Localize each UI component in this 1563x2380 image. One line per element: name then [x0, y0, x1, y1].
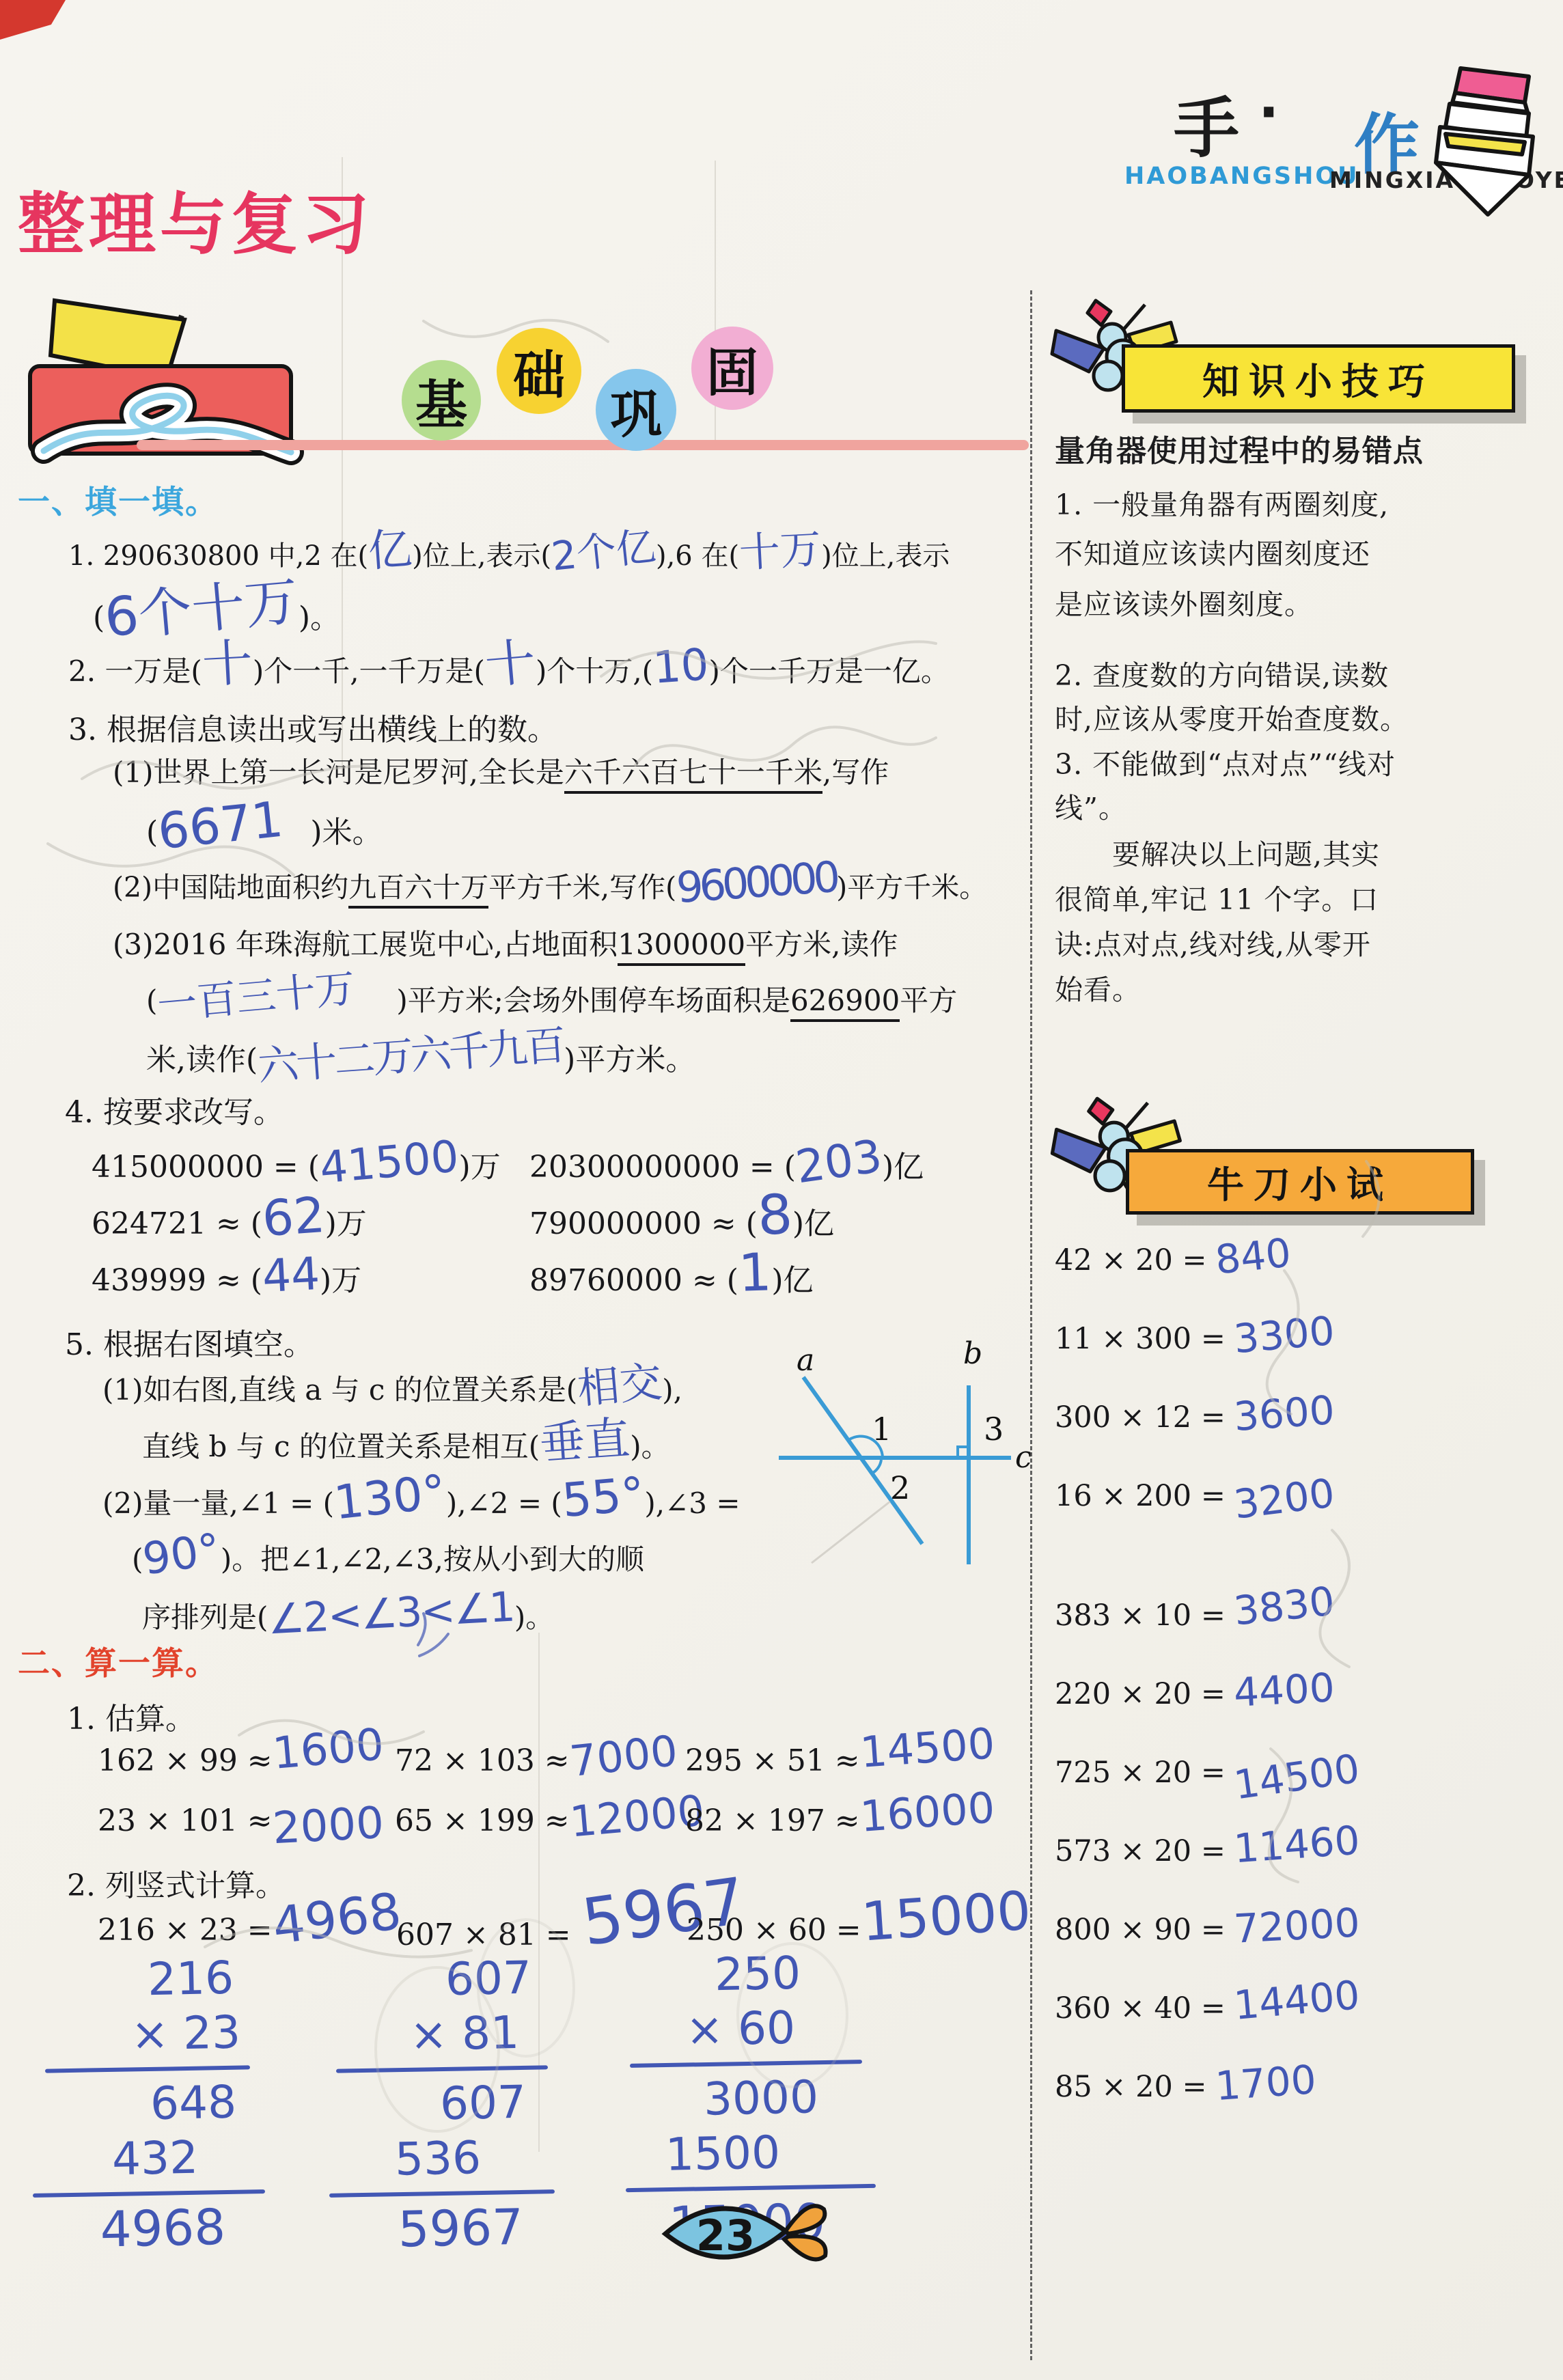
worksheet-page: 手 · 作 HAOBANGSHOU MINGXIAOZUOYE 整理与复习 基 …: [0, 0, 1563, 2380]
pencil-scribbles: [0, 0, 1563, 2380]
